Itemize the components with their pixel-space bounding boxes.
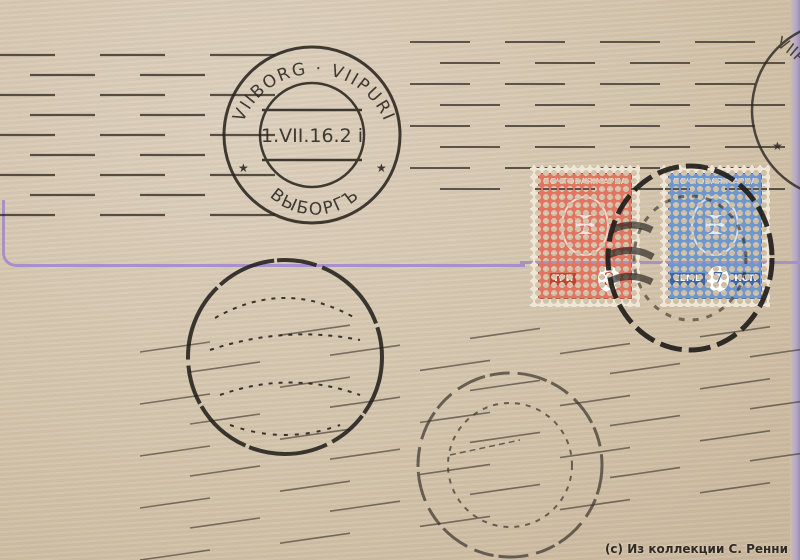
postmarks: VIIBORG · VIIPURI ВЫБОРГЪ 1.VII.16.2 i ★… <box>0 0 800 560</box>
postmark-vyborg: VIIBORG · VIIPURI ВЫБОРГЪ 1.VII.16.2 i ★… <box>224 47 400 223</box>
postmark-stamp-cancel <box>608 166 772 350</box>
postmark-right-partial: VIIPURI ★ <box>752 22 800 198</box>
svg-text:★: ★ <box>376 161 387 175</box>
svg-text:★: ★ <box>772 139 783 153</box>
postmark-date: 1.VII.16.2 i <box>261 125 363 147</box>
svg-text:★: ★ <box>238 161 249 175</box>
postmark-right-text: VIIPURI <box>773 33 800 90</box>
collection-caption: (c) Из коллекции С. Ренни <box>605 542 788 556</box>
svg-text:VIIPURI: VIIPURI <box>773 33 800 90</box>
postmark-transit-left <box>188 260 382 454</box>
envelope: ПОЧТОВАЯ МАРКА ✠ ТРИ 3 ПОЧТОВАЯ МАРКА ✠ … <box>0 0 800 560</box>
postmark-transit-bottom <box>418 373 602 557</box>
